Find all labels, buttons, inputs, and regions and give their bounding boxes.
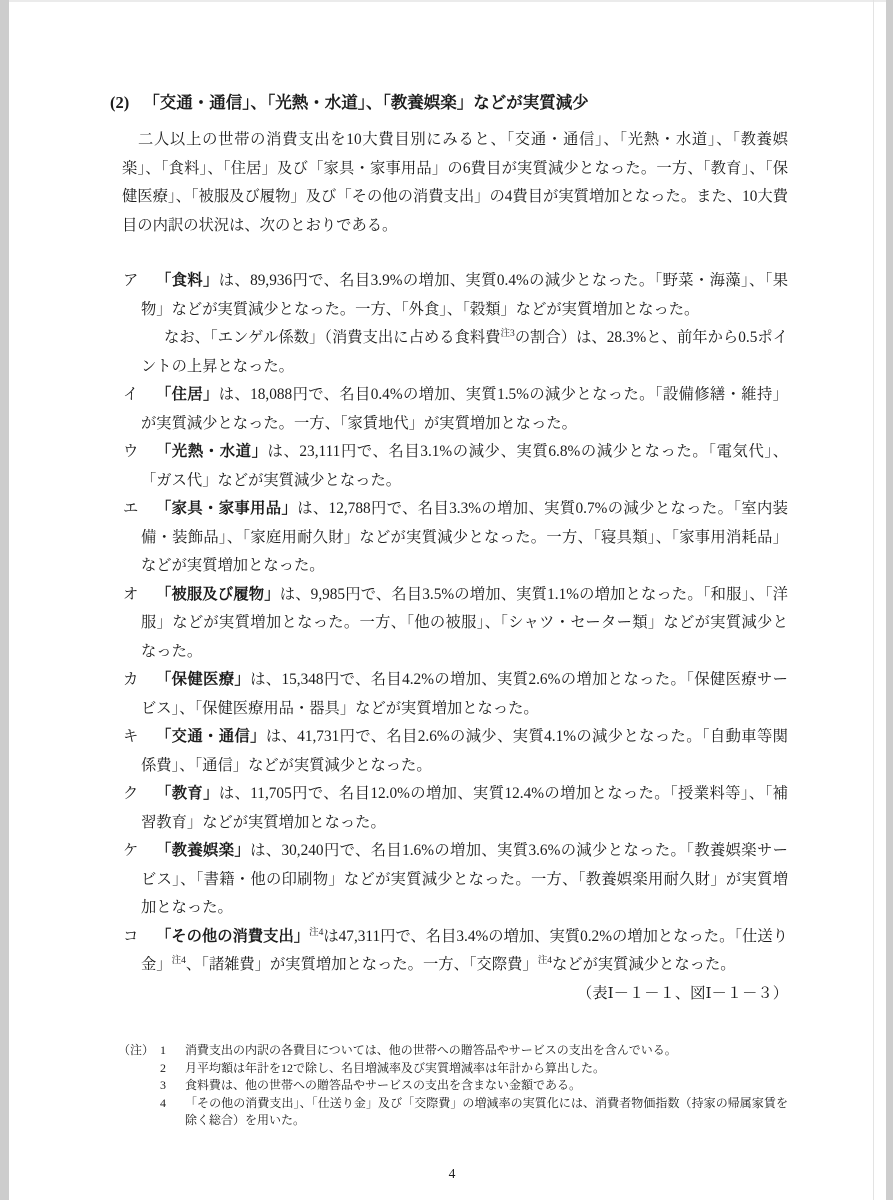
scan-edge-left	[0, 0, 9, 1200]
note-item: 2月平均額は年計を12で除し、名目増減率及び実質増減率は年計から算出した。	[160, 1060, 788, 1078]
document-page: (2) 「交通・通信」、「光熱・水道」、「教養娯楽」などが実質減少 二人以上の世…	[0, 0, 893, 1200]
item-label: ケ	[123, 837, 138, 866]
item-body: 「教育」は、11,705円で、名目12.0%の増加、実質12.4%の増加となった…	[141, 780, 788, 837]
category-term: 「光熱・水道」	[156, 443, 268, 460]
note-item: 3食料費は、他の世帯への贈答品やサービスの支出を含まない金額である。	[160, 1077, 788, 1095]
expense-item: ウ「光熱・水道」は、23,111円で、名目3.1%の減少、実質6.8%の減少とな…	[122, 438, 788, 495]
item-body: 「その他の消費支出」注4は47,311円で、名目3.4%の増加、実質0.2%の増…	[141, 923, 788, 980]
item-label: ク	[123, 780, 138, 809]
note-text: 「その他の消費支出」、「仕送り金」及び「交際費」の増減率の実質化には、消費者物価…	[185, 1095, 788, 1130]
item-text: なお、「エンゲル係数」（消費支出に占める食料費	[164, 329, 501, 346]
note-number: 4	[160, 1095, 185, 1130]
scan-edge-line	[873, 0, 874, 1200]
notes-section: （注） 1消費支出の内訳の各費目については、他の世帯への贈答品やサービスの支出を…	[118, 1042, 788, 1130]
note-text: 食料費は、他の世帯への贈答品やサービスの支出を含まない金額である。	[185, 1077, 788, 1095]
item-label: オ	[123, 581, 138, 610]
item-paragraph: 「住居」は、18,088円で、名目0.4%の増加、実質1.5%の減少となった。「…	[141, 381, 788, 438]
item-body: 「被服及び履物」は、9,985円で、名目3.5%の増加、実質1.1%の増加となっ…	[141, 581, 788, 667]
expense-item: ク「教育」は、11,705円で、名目12.0%の増加、実質12.4%の増加となっ…	[122, 780, 788, 837]
page-number: 4	[110, 1166, 794, 1182]
note-ref-superscript: 注3	[501, 329, 515, 339]
category-term: 「教養娯楽」	[156, 842, 250, 859]
note-ref-superscript: 注4	[538, 956, 552, 966]
expense-item: カ「保健医療」は、15,348円で、名目4.2%の増加、実質2.6%の増加となっ…	[122, 666, 788, 723]
item-label: エ	[123, 495, 138, 524]
item-text: は、11,705円で、名目12.0%の増加、実質12.4%の増加となった。「授業…	[141, 785, 788, 831]
note-number: 1	[160, 1042, 185, 1060]
note-item: 1消費支出の内訳の各費目については、他の世帯への贈答品やサービスの支出を含んでい…	[160, 1042, 788, 1060]
category-term: 「被服及び履物」	[156, 586, 280, 603]
item-paragraph: 「食料」は、89,936円で、名目3.9%の増加、実質0.4%の減少となった。「…	[141, 267, 788, 324]
item-paragraph: 「教養娯楽」は、30,240円で、名目1.6%の増加、実質3.6%の減少となった…	[141, 837, 788, 923]
item-body: 「家具・家事用品」は、12,788円で、名目3.3%の増加、実質0.7%の減少と…	[141, 495, 788, 581]
item-text: などが実質減少となった。	[552, 956, 736, 973]
page-content: (2) 「交通・通信」、「光熱・水道」、「教養娯楽」などが実質減少 二人以上の世…	[110, 0, 794, 1130]
item-label: イ	[123, 381, 138, 410]
item-paragraph: 「家具・家事用品」は、12,788円で、名目3.3%の増加、実質0.7%の減少と…	[141, 495, 788, 581]
note-number: 2	[160, 1060, 185, 1078]
notes-list: 1消費支出の内訳の各費目については、他の世帯への贈答品やサービスの支出を含んでい…	[160, 1042, 788, 1130]
section-heading: (2) 「交通・通信」、「光熱・水道」、「教養娯楽」などが実質減少	[110, 92, 794, 114]
item-label: ウ	[123, 438, 138, 467]
table-figure-reference: （表Ⅰ－１－１、図Ⅰ－１－３）	[110, 980, 788, 1009]
expense-item: オ「被服及び履物」は、9,985円で、名目3.5%の増加、実質1.1%の増加とな…	[122, 581, 788, 667]
intro-paragraph: 二人以上の世帯の消費支出を10大費目別にみると、「交通・通信」、「光熱・水道」、…	[122, 126, 788, 240]
category-term: 「家具・家事用品」	[156, 500, 297, 517]
item-body: 「食料」は、89,936円で、名目3.9%の増加、実質0.4%の減少となった。「…	[141, 267, 788, 381]
notes-label: （注）	[118, 1042, 160, 1130]
item-label: キ	[123, 723, 138, 752]
note-text: 月平均額は年計を12で除し、名目増減率及び実質増減率は年計から算出した。	[185, 1060, 788, 1078]
item-body: 「住居」は、18,088円で、名目0.4%の増加、実質1.5%の減少となった。「…	[141, 381, 788, 438]
item-paragraph: なお、「エンゲル係数」（消費支出に占める食料費注3の割合）は、28.3%と、前年…	[141, 324, 788, 381]
item-body: 「教養娯楽」は、30,240円で、名目1.6%の増加、実質3.6%の減少となった…	[141, 837, 788, 923]
note-text: 消費支出の内訳の各費目については、他の世帯への贈答品やサービスの支出を含んでいる…	[185, 1042, 788, 1060]
expense-item: エ「家具・家事用品」は、12,788円で、名目3.3%の増加、実質0.7%の減少…	[122, 495, 788, 581]
item-body: 「保健医療」は、15,348円で、名目4.2%の増加、実質2.6%の増加となった…	[141, 666, 788, 723]
category-term: 「保健医療」	[156, 671, 250, 688]
category-term: 「住居」	[156, 386, 219, 403]
item-paragraph: 「教育」は、11,705円で、名目12.0%の増加、実質12.4%の増加となった…	[141, 780, 788, 837]
expense-item: コ「その他の消費支出」注4は47,311円で、名目3.4%の増加、実質0.2%の…	[122, 923, 788, 980]
item-label: カ	[123, 666, 138, 695]
note-number: 3	[160, 1077, 185, 1095]
section-title: 「交通・通信」、「光熱・水道」、「教養娯楽」などが実質減少	[143, 92, 589, 114]
expense-item: イ「住居」は、18,088円で、名目0.4%の増加、実質1.5%の減少となった。…	[122, 381, 788, 438]
category-term: 「交通・通信」	[156, 728, 266, 745]
item-paragraph: 「交通・通信」は、41,731円で、名目2.6%の減少、実質4.1%の減少となっ…	[141, 723, 788, 780]
item-text: は、89,936円で、名目3.9%の増加、実質0.4%の減少となった。「野菜・海…	[141, 272, 788, 318]
expense-item: ケ「教養娯楽」は、30,240円で、名目1.6%の増加、実質3.6%の減少となっ…	[122, 837, 788, 923]
item-label: コ	[123, 923, 138, 952]
note-ref-superscript: 注4	[309, 927, 323, 937]
item-text: は、18,088円で、名目0.4%の増加、実質1.5%の減少となった。「設備修繕…	[141, 386, 788, 432]
scan-edge-right	[886, 0, 893, 1200]
item-label: ア	[123, 267, 138, 296]
item-paragraph: 「被服及び履物」は、9,985円で、名目3.5%の増加、実質1.1%の増加となっ…	[141, 581, 788, 667]
category-items: ア「食料」は、89,936円で、名目3.9%の増加、実質0.4%の減少となった。…	[122, 267, 788, 980]
item-text: 、「諸雑費」が実質増加となった。一方、「交際費」	[186, 956, 538, 973]
category-term: 「その他の消費支出」	[156, 928, 309, 945]
item-paragraph: 「その他の消費支出」注4は47,311円で、名目3.4%の増加、実質0.2%の増…	[141, 923, 788, 980]
item-paragraph: 「保健医療」は、15,348円で、名目4.2%の増加、実質2.6%の増加となった…	[141, 666, 788, 723]
item-paragraph: 「光熱・水道」は、23,111円で、名目3.1%の減少、実質6.8%の減少となっ…	[141, 438, 788, 495]
expense-item: ア「食料」は、89,936円で、名目3.9%の増加、実質0.4%の減少となった。…	[122, 267, 788, 381]
category-term: 「食料」	[156, 272, 219, 289]
category-term: 「教育」	[156, 785, 219, 802]
note-item: 4「その他の消費支出」、「仕送り金」及び「交際費」の増減率の実質化には、消費者物…	[160, 1095, 788, 1130]
note-ref-superscript: 注4	[172, 956, 186, 966]
item-body: 「交通・通信」は、41,731円で、名目2.6%の減少、実質4.1%の減少となっ…	[141, 723, 788, 780]
section-number: (2)	[110, 92, 129, 114]
item-body: 「光熱・水道」は、23,111円で、名目3.1%の減少、実質6.8%の減少となっ…	[141, 438, 788, 495]
expense-item: キ「交通・通信」は、41,731円で、名目2.6%の減少、実質4.1%の減少とな…	[122, 723, 788, 780]
